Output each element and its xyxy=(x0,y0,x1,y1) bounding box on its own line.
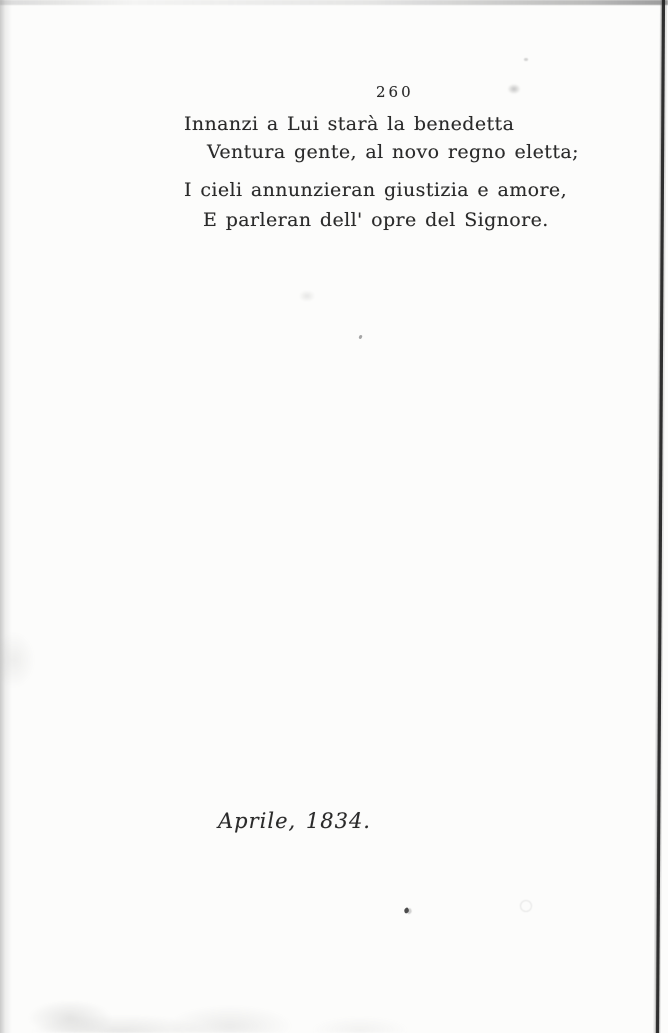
scan-speck xyxy=(403,907,410,914)
page-top-edge-shadow xyxy=(0,0,668,5)
scan-shadow-bottom xyxy=(0,960,460,1033)
poem-line-1: Innanzi a Lui starà la benedetta xyxy=(184,113,514,135)
page-number: 260 xyxy=(376,83,414,101)
scan-speck xyxy=(524,58,528,61)
poem-line-4: E parleran dell' opre del Signore. xyxy=(203,209,549,231)
poem-line-3: I cieli annunzieran giustizia e amore, xyxy=(184,179,567,201)
scan-speck xyxy=(520,900,532,912)
poem-line-2: Ventura gente, al novo regno eletta; xyxy=(207,141,579,163)
scan-speck xyxy=(296,288,318,304)
dateline: Aprile, 1834. xyxy=(218,809,371,833)
page-left-edge-shadow xyxy=(0,0,12,1033)
scan-speck xyxy=(358,335,362,340)
scan-speck xyxy=(505,82,523,96)
scan-shadow-left xyxy=(0,600,70,720)
scanned-page: 260 Innanzi a Lui starà la benedetta Ven… xyxy=(0,0,668,1033)
